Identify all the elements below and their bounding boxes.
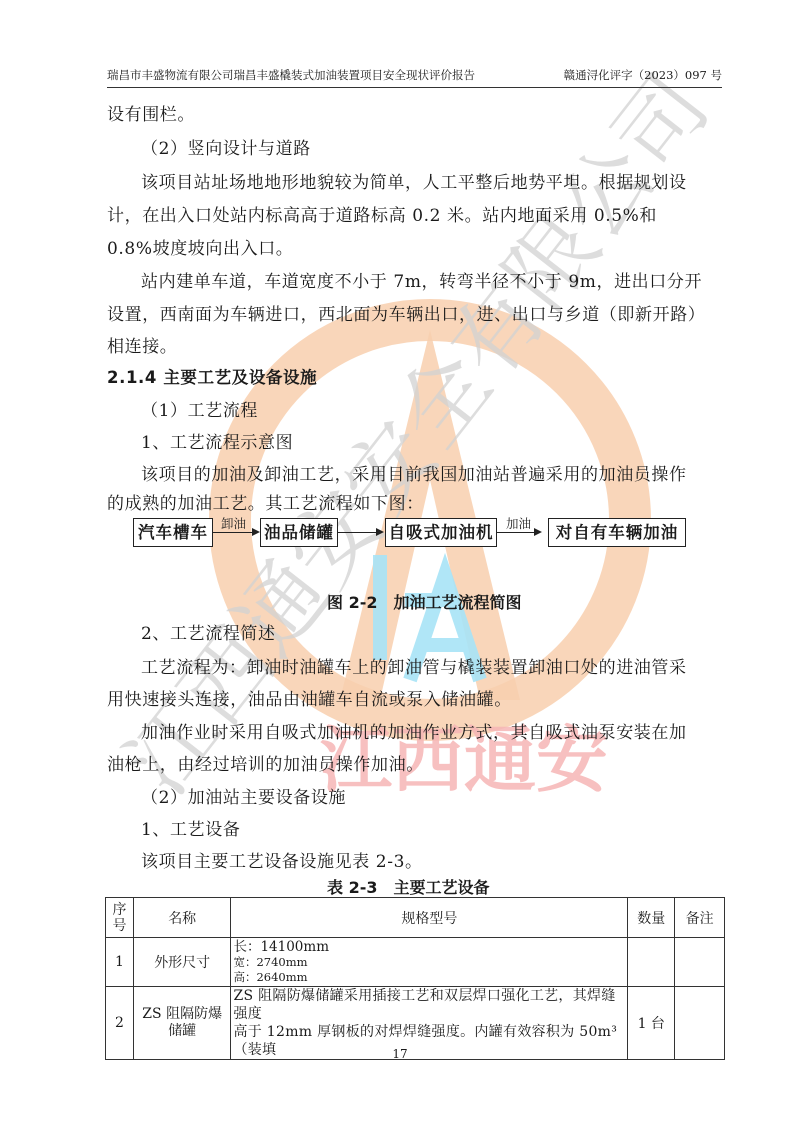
paragraph-line: 的成熟的加油工艺。其工艺流程如下图： xyxy=(107,492,424,516)
page-content: 瑞昌市丰盛物流有限公司瑞昌丰盛橇装式加油装置项目安全现状评价报告 赣通浔化评字（… xyxy=(0,0,800,1131)
item-heading: 2、工艺流程简述 xyxy=(141,622,276,646)
paragraph-line: 该项目主要工艺设备设施见表 2-3。 xyxy=(141,850,423,874)
item-heading: 1、工艺流程示意图 xyxy=(141,431,293,455)
page-number: 17 xyxy=(0,1047,800,1061)
cell-qty xyxy=(628,938,675,987)
paragraph-line: 该项目站址场地地形地貌较为简单，人工平整后地势平坦。根据规划设 xyxy=(141,171,687,195)
table-caption: 表 2-3 主要工艺设备 xyxy=(327,875,489,898)
col-header-spec: 规格型号 xyxy=(231,898,628,938)
flow-arrow-icon xyxy=(337,532,382,533)
document-page: 江西通安安全有限公司 江西通安 瑞昌市丰盛物流有限公司瑞昌丰盛橇装式加油装置项目… xyxy=(0,0,800,1131)
spec-height: 高：2640mm xyxy=(233,970,625,985)
flow-edge-label: 卸油 xyxy=(221,514,246,532)
spec-width: 宽：2740mm xyxy=(233,955,625,970)
table-row: 1 外形尺寸 长：14100mm 宽：2740mm 高：2640mm xyxy=(106,938,725,987)
paragraph-line: 该项目的加油及卸油工艺，采用目前我国加油站普遍采用的加油员操作 xyxy=(141,463,687,487)
item-heading: 1、工艺设备 xyxy=(141,818,240,842)
paragraph-line: 相连接。 xyxy=(107,335,177,359)
running-header: 瑞昌市丰盛物流有限公司瑞昌丰盛橇装式加油装置项目安全现状评价报告 赣通浔化评字（… xyxy=(107,65,722,88)
flow-node-storage-tank: 油品储罐 xyxy=(260,518,338,547)
cell-name: 外形尺寸 xyxy=(133,938,231,987)
figure-caption: 图 2-2 加油工艺流程简图 xyxy=(327,590,521,613)
equipment-table: 序号 名称 规格型号 数量 备注 1 外形尺寸 长：14100mm 宽：2740… xyxy=(105,897,725,1060)
paragraph-line: 油枪上，由经过培训的加油员操作加油。 xyxy=(107,753,424,777)
table-header-row: 序号 名称 规格型号 数量 备注 xyxy=(106,898,725,938)
paragraph-line: 设置，西南面为车辆进口，西北面为车辆出口，进、出口与乡道（即新开路） xyxy=(107,303,705,327)
subsection-heading: （1）工艺流程 xyxy=(141,399,258,423)
paragraph-line: 用快速接头连接，油品由油罐车自流或泵入储油罐。 xyxy=(107,688,512,712)
paragraph-line: 加油作业时采用自吸式加油机的加油作业方式，其自吸式油泵安装在加 xyxy=(141,721,687,745)
flow-edge-label: 加油 xyxy=(506,514,531,532)
cell-note xyxy=(675,938,725,987)
col-header-name: 名称 xyxy=(133,898,231,938)
flow-arrow-icon xyxy=(212,532,258,533)
flow-node-refuel-vehicles: 对自有车辆加油 xyxy=(548,518,686,547)
section-heading: 2.1.4 主要工艺及设备设施 xyxy=(107,366,317,390)
col-header-qty: 数量 xyxy=(628,898,675,938)
col-header-note: 备注 xyxy=(675,898,725,938)
flow-node-tanker-truck: 汽车槽车 xyxy=(133,518,213,547)
paragraph-line: 0.8%坡度坡向出入口。 xyxy=(107,237,293,261)
header-report-number: 赣通浔化评字（2023）097 号 xyxy=(564,65,722,85)
paragraph-line: 站内建单车道，车道宽度不小于 7m，转弯半径不小于 9m，进出口分开 xyxy=(141,270,702,294)
subsection-heading: （2）加油站主要设备设施 xyxy=(141,786,346,810)
flow-arrow-icon xyxy=(496,532,540,533)
cell-no: 1 xyxy=(106,938,134,987)
subsection-heading: （2）竖向设计与道路 xyxy=(141,137,311,161)
spec-length: 长：14100mm xyxy=(233,939,625,955)
paragraph-line: 设有围栏。 xyxy=(107,103,195,127)
flow-node-dispenser: 自吸式加油机 xyxy=(385,518,497,547)
spec-line: ZS 阻隔防爆储罐采用插接工艺和双层焊口强化工艺，其焊缝强度 xyxy=(233,987,625,1023)
cell-spec: 长：14100mm 宽：2740mm 高：2640mm xyxy=(231,938,628,987)
paragraph-line: 工艺流程为：卸油时油罐车上的卸油管与橇装装置卸油口处的进油管采 xyxy=(141,656,687,680)
paragraph-line: 计，在出入口处站内标高高于道路标高 0.2 米。站内地面采用 0.5%和 xyxy=(107,204,657,228)
header-report-title: 瑞昌市丰盛物流有限公司瑞昌丰盛橇装式加油装置项目安全现状评价报告 xyxy=(107,65,475,85)
col-header-no: 序号 xyxy=(106,898,134,938)
